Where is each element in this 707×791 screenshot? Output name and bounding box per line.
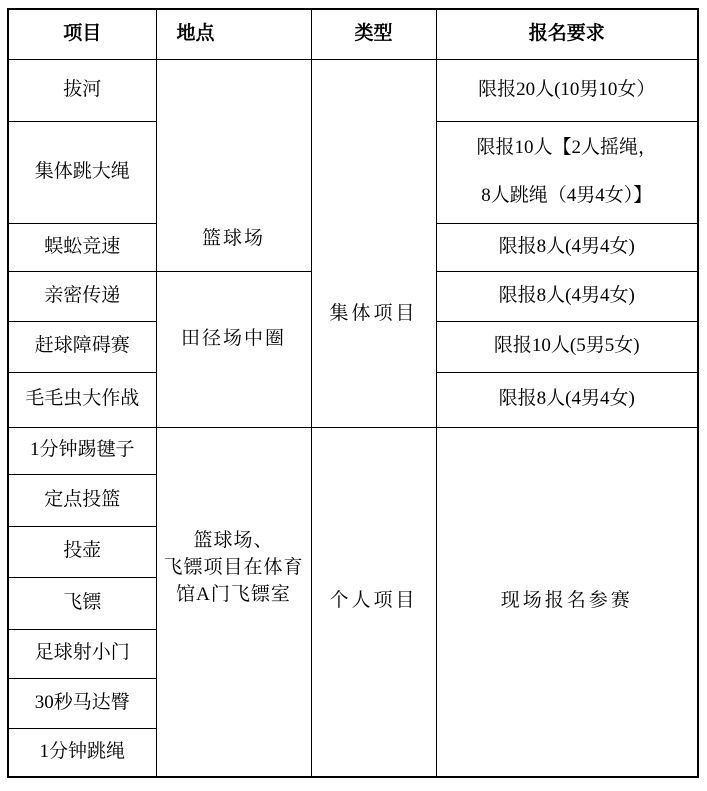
project-cell: 飞镖 <box>8 577 156 629</box>
location-cell-track-field-center: 田径场中圈 <box>156 271 311 427</box>
type-cell-individual-events: 个人项目 <box>311 427 436 777</box>
project-cell: 毛毛虫大作战 <box>8 372 156 427</box>
project-cell: 亲密传递 <box>8 271 156 321</box>
events-table: 项目 地点 类型 报名要求 拔河 篮球场 集体项目 限报20人(10男10女） … <box>7 8 699 778</box>
project-cell: 拔河 <box>8 59 156 121</box>
requirement-cell: 限报8人(4男4女) <box>436 223 698 271</box>
table-row: 1分钟踢毽子 篮球场、 飞镖项目在体育 馆A门飞镖室 个人项目 现场报名参赛 <box>8 427 698 474</box>
project-cell: 1分钟跳绳 <box>8 728 156 777</box>
location-cell-individual-events: 篮球场、 飞镖项目在体育 馆A门飞镖室 <box>156 427 311 777</box>
type-cell-group-events: 集体项目 <box>311 59 436 427</box>
column-header-requirement: 报名要求 <box>436 9 698 59</box>
project-cell: 足球射小门 <box>8 629 156 678</box>
requirement-cell: 限报20人(10男10女） <box>436 59 698 121</box>
column-header-location: 地点 <box>156 9 311 59</box>
project-cell: 30秒马达臀 <box>8 678 156 728</box>
requirement-cell: 限报10人【2人摇绳， 8人跳绳（4男4女）】 <box>436 121 698 223</box>
location-cell-basketball-court: 篮球场 <box>156 59 311 271</box>
project-cell: 投壶 <box>8 526 156 577</box>
column-header-type: 类型 <box>311 9 436 59</box>
project-cell: 蜈蚣竞速 <box>8 223 156 271</box>
requirement-cell: 限报8人(4男4女) <box>436 372 698 427</box>
table-row: 拔河 篮球场 集体项目 限报20人(10男10女） <box>8 59 698 121</box>
project-cell: 1分钟踢毽子 <box>8 427 156 474</box>
project-cell: 赶球障碍赛 <box>8 321 156 372</box>
project-cell: 集体跳大绳 <box>8 121 156 223</box>
column-header-project: 项目 <box>8 9 156 59</box>
requirement-cell: 限报10人(5男5女) <box>436 321 698 372</box>
requirement-cell: 限报8人(4男4女) <box>436 271 698 321</box>
table-header-row: 项目 地点 类型 报名要求 <box>8 9 698 59</box>
project-cell: 定点投篮 <box>8 474 156 526</box>
requirement-cell-onsite-registration: 现场报名参赛 <box>436 427 698 777</box>
